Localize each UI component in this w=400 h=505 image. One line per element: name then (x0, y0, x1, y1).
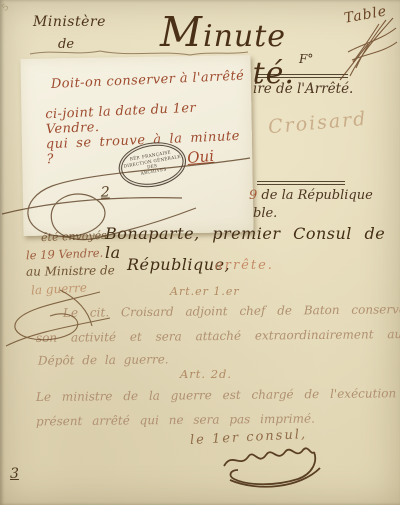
ink-flourishes-layer (0, 0, 400, 505)
margin-paraph-flourish (6, 290, 110, 346)
manuscript-page: 5 Ministère de Minute d'Arrêté. Table F°… (0, 0, 400, 505)
note-paraph-flourish (2, 158, 250, 240)
covered-line-fragment (30, 51, 248, 55)
bonaparte-signature (224, 448, 320, 486)
table-paraph-flourish (340, 18, 397, 80)
